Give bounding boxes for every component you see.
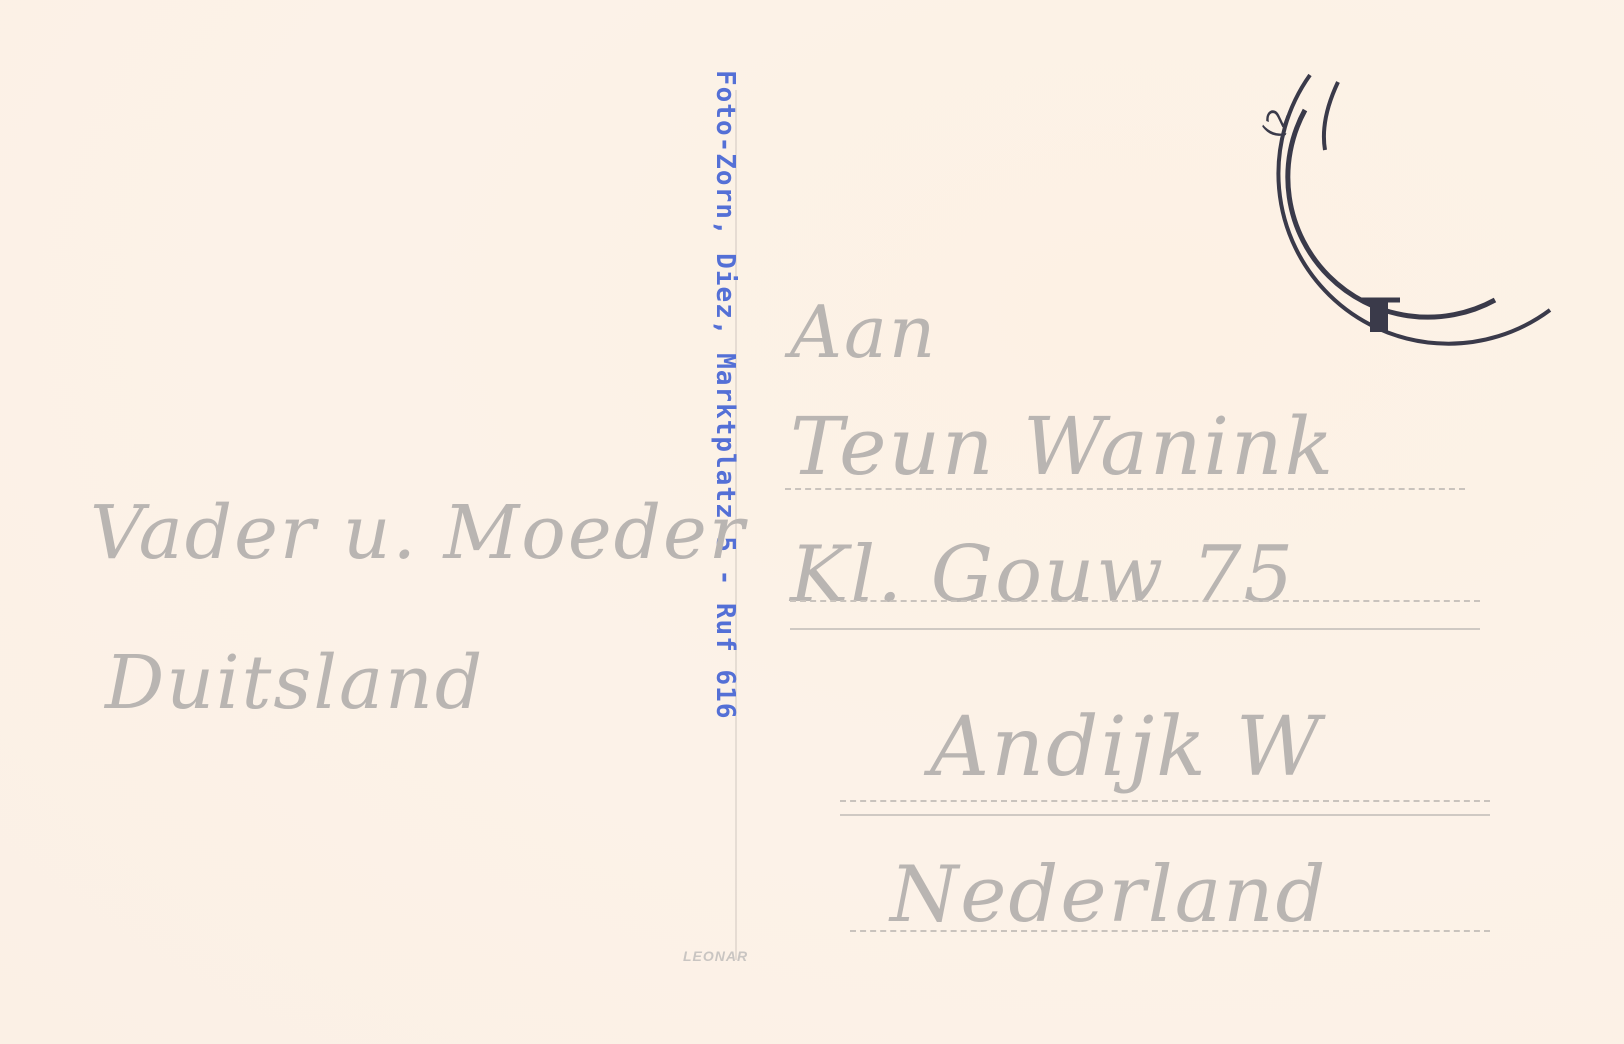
postmark-icon: (2 — [1250, 70, 1570, 380]
address-salutation: Aan — [790, 290, 937, 374]
sender-line-1: Vader u. Moeder — [90, 490, 746, 576]
address-city: Andijk W — [930, 700, 1322, 795]
address-name: Teun Wanink — [790, 400, 1335, 493]
paper-brand: LEONAR — [683, 948, 748, 964]
address-street: Kl. Gouw 75 — [790, 530, 1295, 620]
address-rule-2a — [790, 600, 1480, 602]
sender-line-2: Duitsland — [105, 640, 484, 726]
printer-imprint-text: Foto-Zorn, Diez, Marktplatz 5 - Ruf 616 — [710, 70, 740, 719]
address-rule-3b — [840, 814, 1490, 816]
address-rule-4 — [850, 930, 1490, 932]
address-rule-1 — [785, 488, 1465, 490]
address-country: Nederland — [890, 850, 1327, 940]
address-rule-3a — [840, 800, 1490, 802]
postcard-back: Foto-Zorn, Diez, Marktplatz 5 - Ruf 616 … — [0, 0, 1624, 1044]
address-rule-2b — [790, 628, 1480, 630]
